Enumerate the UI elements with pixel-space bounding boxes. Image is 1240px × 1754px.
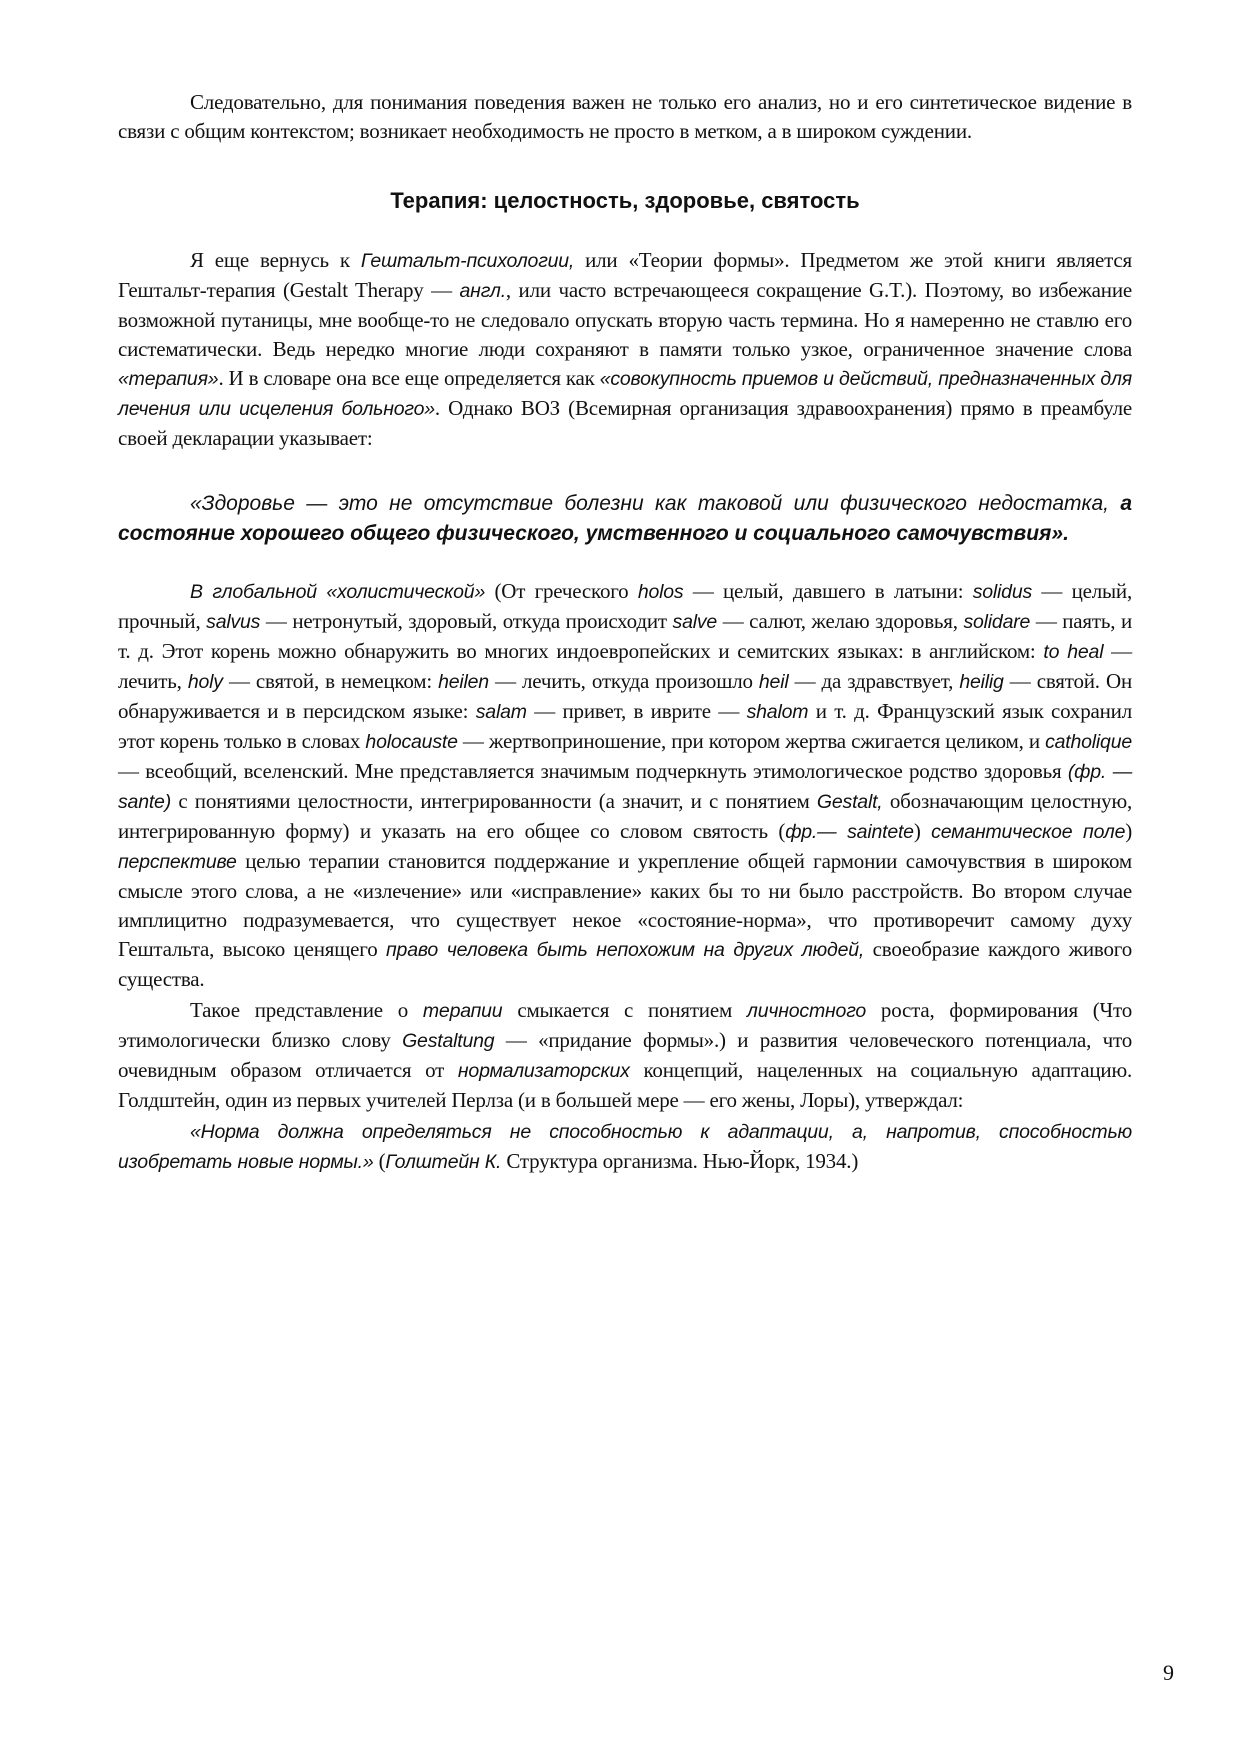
paragraph-gestalt-therapy: Я еще вернусь к Гештальт-психологии, или… [118, 246, 1132, 453]
page-number: 9 [1163, 1660, 1174, 1686]
paragraph-holistic: В глобальной «холистической» (От греческ… [118, 577, 1132, 994]
paragraph-conclusion: Следовательно, для понимания поведения в… [118, 88, 1132, 146]
document-page: Следовательно, для понимания поведения в… [118, 88, 1132, 1177]
quote-goldstein: «Норма должна определяться не способност… [118, 1117, 1132, 1177]
quote-who-health: «Здоровье — это не отсутствие болезни ка… [118, 489, 1132, 549]
section-heading: Терапия: целостность, здоровье, святость [118, 186, 1132, 216]
text: Следовательно, для понимания поведения в… [118, 90, 1132, 143]
paragraph-therapy-growth: Такое представление о терапии смыкается … [118, 996, 1132, 1115]
